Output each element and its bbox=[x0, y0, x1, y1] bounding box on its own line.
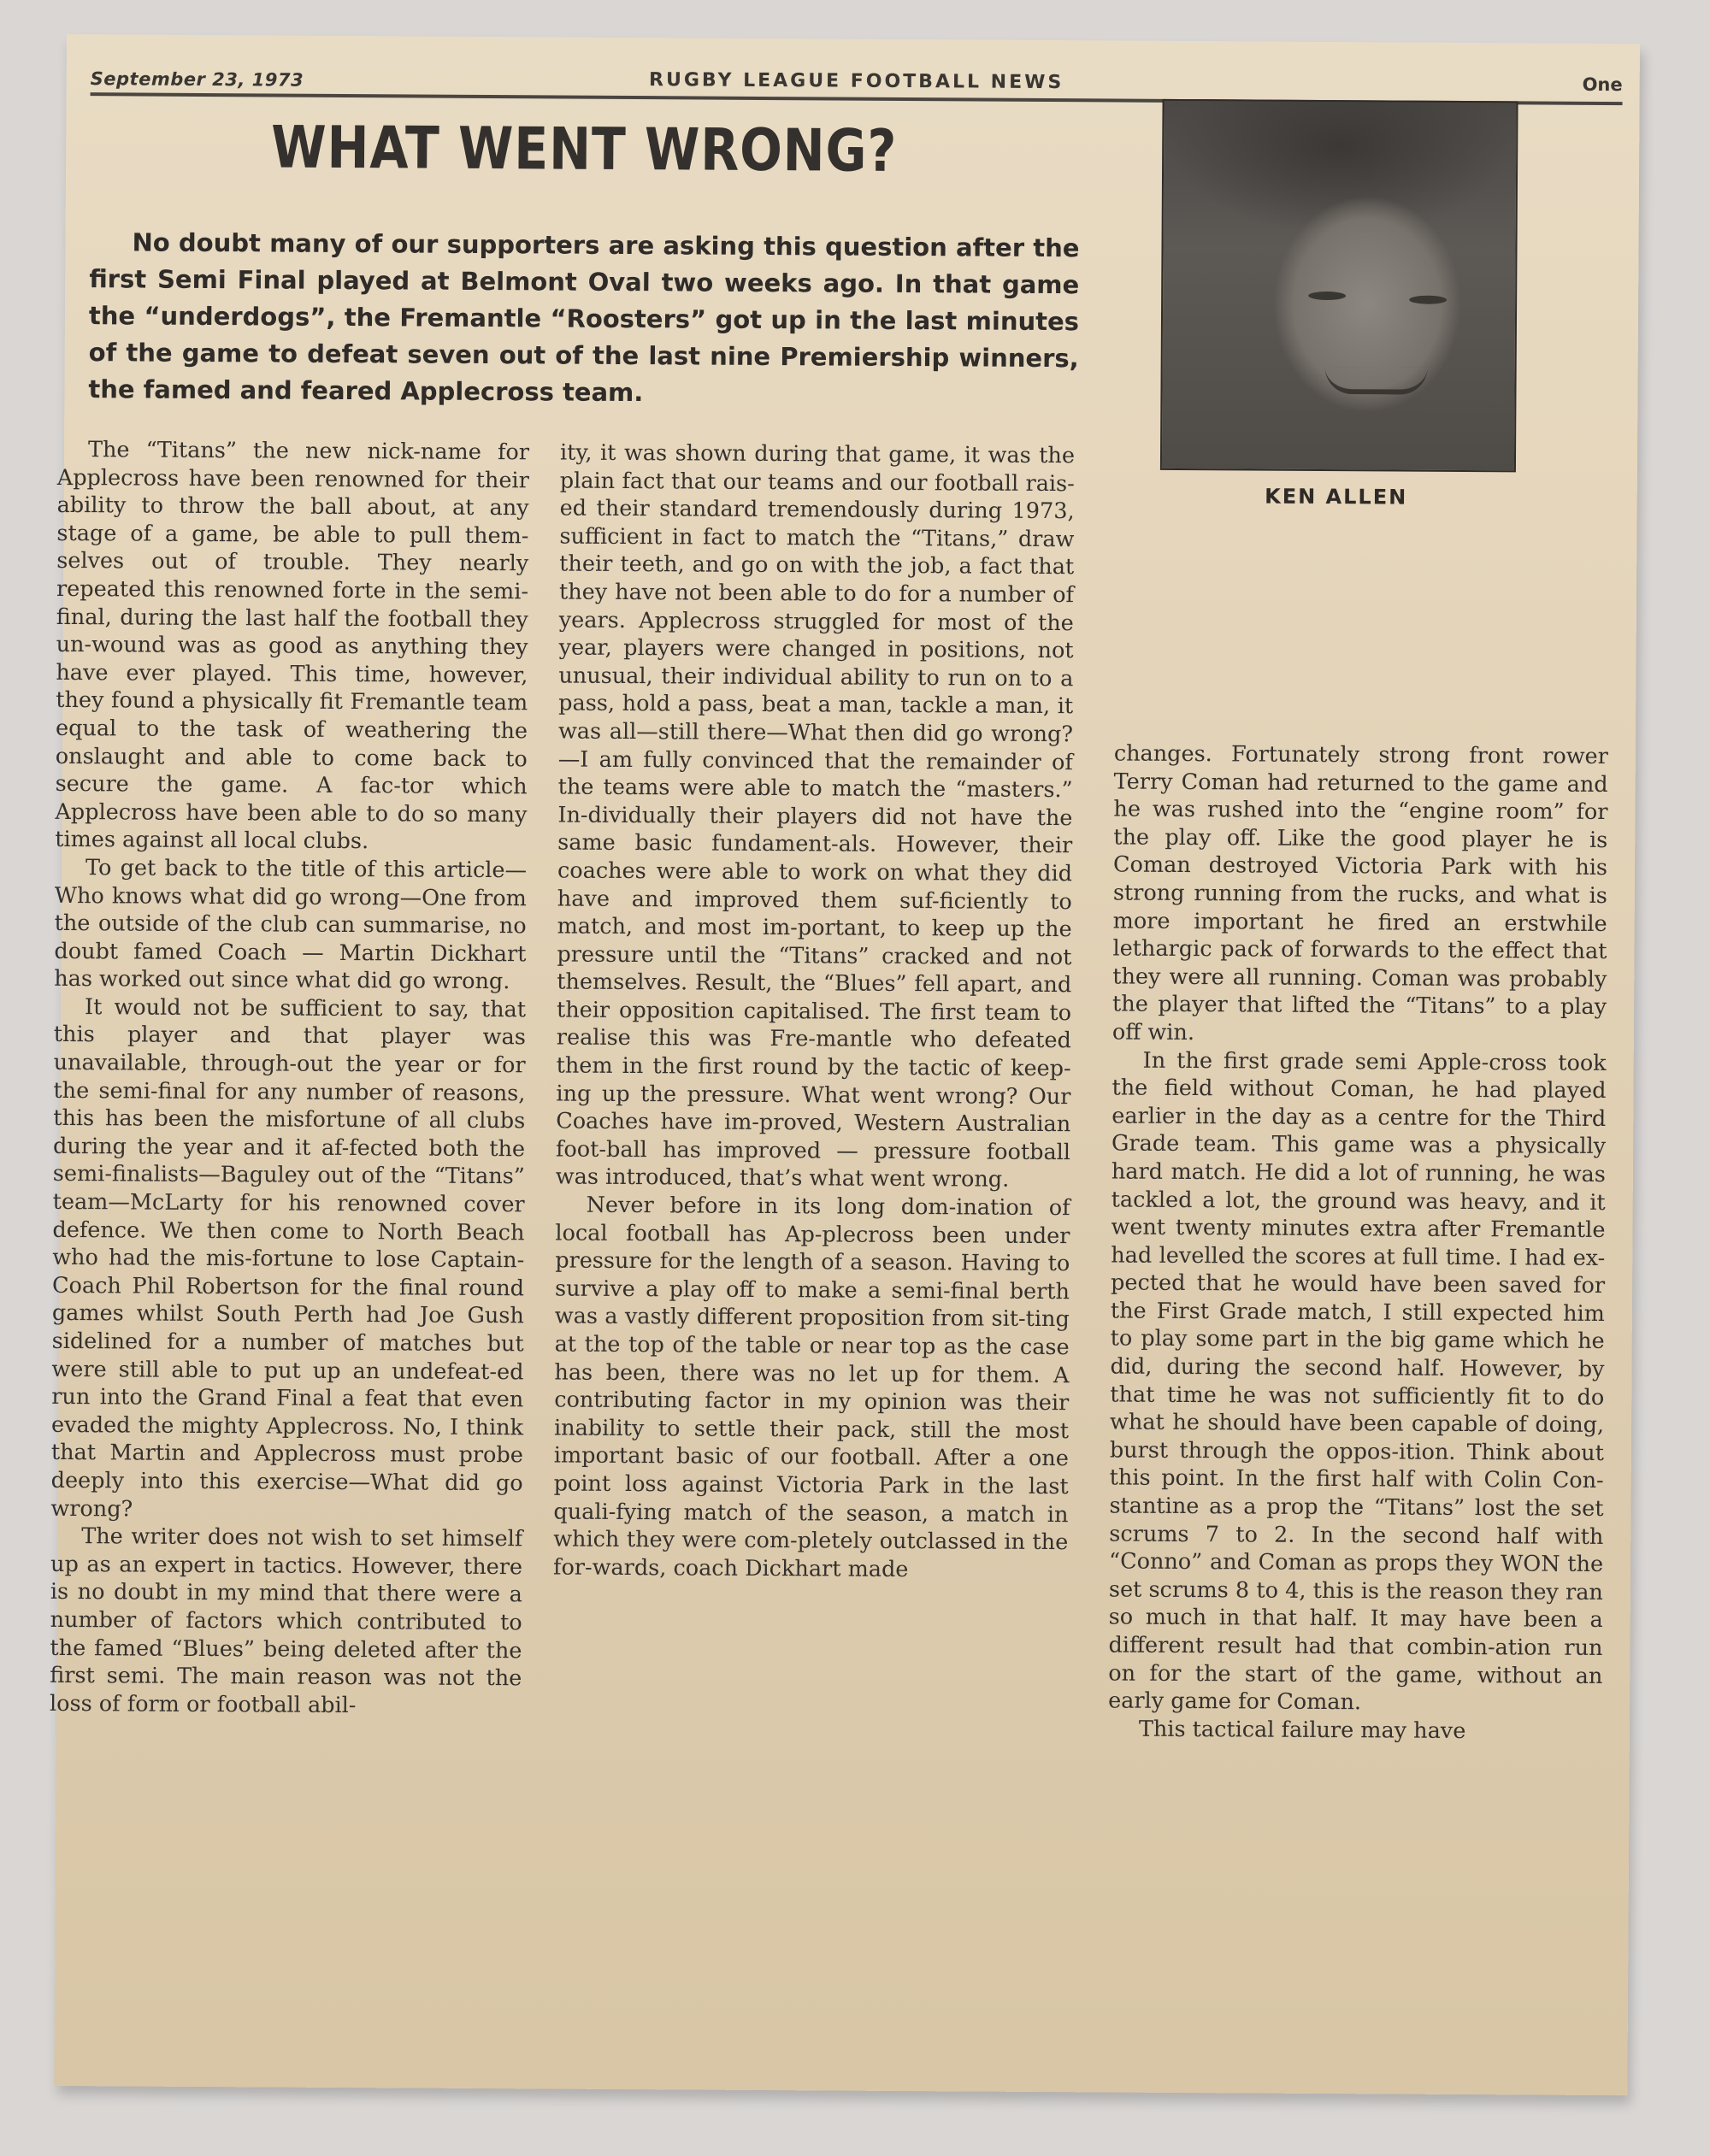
eye-shape bbox=[1308, 292, 1346, 300]
newspaper-clipping: September 23, 1973 RUGBY LEAGUE FOOTBALL… bbox=[54, 34, 1640, 2095]
paragraph: It would not be sufficient to say, that … bbox=[50, 993, 526, 1526]
page-number: One bbox=[1583, 74, 1623, 95]
photo-caption: KEN ALLEN bbox=[1160, 484, 1512, 510]
publication-name: RUGBY LEAGUE FOOTBALL NEWS bbox=[91, 66, 1623, 97]
paragraph: The “Titans” the new nick-name for Apple… bbox=[55, 436, 529, 857]
paragraph: The writer does not wish to set himself … bbox=[50, 1523, 522, 1721]
paragraph: This tactical failure may have bbox=[1108, 1715, 1602, 1746]
headline: WHAT WENT WRONG? bbox=[271, 114, 897, 185]
smile-shape bbox=[1324, 367, 1427, 395]
article-column-1: The “Titans” the new nick-name for Apple… bbox=[50, 436, 529, 1721]
article-column-3: changes. Fortunately strong front rower … bbox=[1108, 739, 1608, 1746]
paragraph: To get back to the title of this article… bbox=[54, 854, 527, 996]
masthead: September 23, 1973 RUGBY LEAGUE FOOTBALL… bbox=[91, 53, 1623, 105]
portrait-photo-icon bbox=[1160, 99, 1518, 473]
article-column-2: ity, it was shown during that game, it w… bbox=[553, 439, 1075, 1585]
eye-shape bbox=[1409, 296, 1447, 304]
paragraph: changes. Fortunately strong front rower … bbox=[1112, 739, 1608, 1049]
paragraph: Never before in its long dom-ination of … bbox=[553, 1192, 1070, 1585]
paragraph: ity, it was shown during that game, it w… bbox=[556, 439, 1075, 1195]
paragraph: In the first grade semi Apple-cross took… bbox=[1108, 1046, 1607, 1718]
standfirst: No doubt many of our supporters are aski… bbox=[88, 224, 1079, 414]
